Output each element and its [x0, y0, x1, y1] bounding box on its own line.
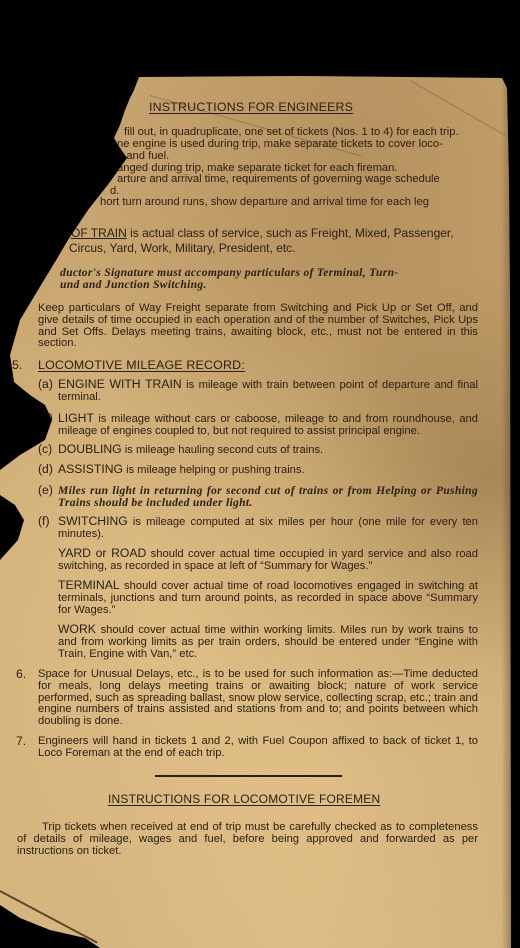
section-6-number: 6. — [16, 669, 26, 681]
item-miles-run-light: Miles run light in returning for second … — [58, 485, 478, 509]
torn-paper-sheet: INSTRUCTIONS FOR ENGINEERS fill out, in … — [0, 0, 520, 948]
class-of-train-line2: Circus, Yard, Work, Military, President,… — [69, 243, 296, 255]
conductor-note-line2: und and Junction Switching. — [60, 279, 207, 291]
item-switching: SWITCHING is mileage computed at six mil… — [58, 516, 478, 541]
item-label: (d) — [38, 464, 53, 476]
title-instructions-engineers: INSTRUCTIONS FOR ENGINEERS — [149, 102, 353, 114]
title-instructions-foremen: INSTRUCTIONS FOR LOCOMOTIVE FOREMEN — [108, 794, 380, 806]
item-label: (b) — [38, 413, 53, 425]
section-7-text: Engineers will hand in tickets 1 and 2, … — [38, 736, 478, 760]
class-of-train-term: OF TRAIN — [71, 226, 127, 240]
item-doubling: DOUBLING is mileage hauling second cuts … — [58, 444, 478, 457]
section-6-text: Space for Unusual Delays, etc., is to be… — [38, 669, 478, 728]
item-engine-with-train: ENGINE WITH TRAIN is mileage with train … — [58, 379, 478, 404]
item-assisting: ASSISTING is mileage helping or pushing … — [58, 464, 478, 477]
note-work: WORK should cover actual time within wor… — [58, 624, 478, 660]
item-light: LIGHT is mileage without cars or caboose… — [58, 413, 478, 438]
note-yard-or-road: YARD or ROAD should cover actual time oc… — [58, 548, 478, 573]
intro-line: hort turn around runs, show departure an… — [100, 197, 429, 209]
class-of-train-text: is actual class of service, such as Frei… — [127, 226, 454, 240]
section-divider — [155, 775, 342, 777]
document-body: INSTRUCTIONS FOR ENGINEERS fill out, in … — [0, 0, 520, 948]
section-7-number: 7. — [16, 736, 26, 748]
section-5-number: 5. — [12, 360, 22, 372]
item-label: (f) — [38, 516, 50, 528]
section-5-heading: LOCOMOTIVE MILEAGE RECORD: — [38, 360, 245, 372]
intro-line: arture and arrival time, requirements of… — [117, 174, 440, 186]
way-freight-paragraph: Keep particulars of Way Freight separate… — [38, 303, 478, 350]
note-terminal: TERMINAL should cover actual time of roa… — [58, 580, 478, 616]
item-label: (c) — [38, 444, 52, 456]
item-label: (e) — [38, 485, 53, 497]
foremen-paragraph: Trip tickets when received at end of tri… — [17, 822, 478, 857]
item-label: (a) — [38, 379, 53, 391]
